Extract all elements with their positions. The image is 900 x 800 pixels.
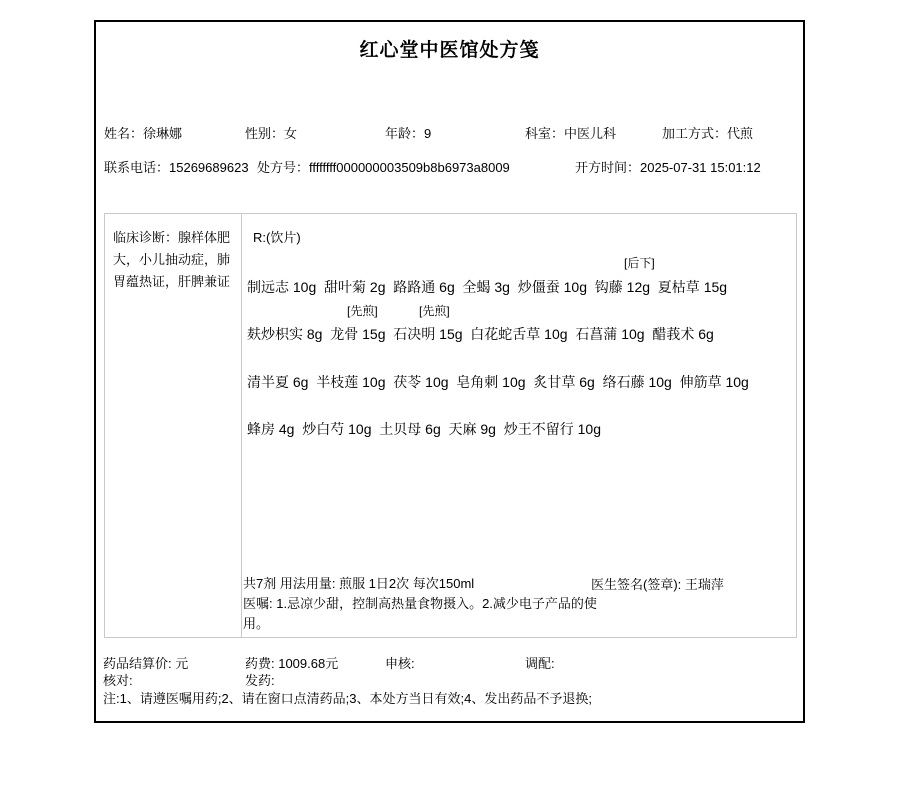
patient-department-field: 科室：中医儿科 [525, 123, 616, 142]
page-title: 红心堂中医馆处方笺 [96, 35, 803, 62]
issue-time-value: 2025-07-31 15:01:12 [640, 160, 761, 175]
processing-method-value: 代煎 [727, 126, 753, 141]
decoction-note-xianjian-1: [先煎] [347, 302, 378, 319]
patient-age-label: 年龄： [385, 126, 424, 141]
prescription-box: 临床诊断：腺样体肥大，小儿抽动症，肺胃蕴热证，肝脾兼证 R:(饮片) [后下] … [104, 213, 797, 638]
patient-age-field: 年龄：9 [385, 123, 431, 142]
patient-name-label: 姓名： [104, 126, 143, 141]
patient-phone-value: 15269689623 [169, 160, 249, 175]
rx-header: R:(饮片) [253, 227, 301, 246]
herb-line-3: 清半夏 6g 半枝莲 10g 茯苓 10g 皂角刺 10g 炙甘草 6g 络石藤… [247, 372, 749, 392]
diagnosis-text: 临床诊断：腺样体肥大，小儿抽动症，肺胃蕴热证，肝脾兼证 [113, 227, 237, 293]
herb-line-4: 蜂房 4g 炒白芍 10g 土贝母 6g 天麻 9g 炒王不留行 10g [247, 419, 601, 439]
rx-number-label: 处方号： [257, 160, 309, 175]
prescription-sheet: 红心堂中医馆处方笺 姓名：徐琳娜 性别：女 年龄：9 科室：中医儿科 加工方式：… [94, 20, 805, 723]
patient-department-value: 中医儿科 [564, 126, 616, 141]
decoction-note-xianjian-2: [先煎] [419, 302, 450, 319]
patient-phone-label: 联系电话： [104, 160, 169, 175]
prepare-field: 调配: [525, 653, 555, 672]
patient-department-label: 科室： [525, 126, 564, 141]
decoction-note-houxia: [后下] [624, 254, 655, 271]
patient-phone-field: 联系电话：15269689623 [104, 157, 249, 176]
rx-number-value: ffffffff000000003509b8b6973a8009 [309, 160, 510, 175]
doctor-advice: 医嘱: 1.忌凉少甜，控制高热量食物摄入。2.减少电子产品的使用。 [243, 594, 611, 634]
doctor-signature: 医生签名(签章): 王瑞萍 [591, 574, 724, 593]
rx-number-field: 处方号：ffffffff000000003509b8b6973a8009 [257, 157, 510, 176]
herb-line-1: 制远志 10g 甜叶菊 2g 路路通 6g 全蝎 3g 炒僵蚕 10g 钩藤 1… [247, 277, 727, 297]
processing-method-field: 加工方式：代煎 [662, 123, 753, 142]
patient-gender-field: 性别：女 [245, 123, 297, 142]
usage-summary: 共7剂 用法用量: 煎服 1日2次 每次150ml [243, 574, 611, 594]
processing-method-label: 加工方式： [662, 126, 727, 141]
diagnosis-label: 临床诊断： [113, 230, 178, 245]
review-field: 申核: [385, 653, 415, 672]
usage-block: 共7剂 用法用量: 煎服 1日2次 每次150ml 医嘱: 1.忌凉少甜，控制高… [243, 574, 611, 634]
issue-time-field: 开方时间：2025-07-31 15:01:12 [575, 157, 761, 176]
patient-age-value: 9 [424, 126, 431, 141]
patient-gender-value: 女 [284, 126, 297, 141]
patient-name-value: 徐琳娜 [143, 126, 182, 141]
dispense-field: 发药: [245, 670, 275, 689]
check-field: 核对: [103, 670, 133, 689]
herb-line-2: 麸炒枳实 8g 龙骨 15g 石决明 15g 白花蛇舌草 10g 石菖蒲 10g… [247, 324, 714, 344]
patient-name-field: 姓名：徐琳娜 [104, 123, 182, 142]
footer-note: 注:1、请遵医嘱用药;2、请在窗口点清药品;3、本处方当日有效;4、发出药品不予… [103, 688, 592, 707]
issue-time-label: 开方时间： [575, 160, 640, 175]
patient-gender-label: 性别： [245, 126, 284, 141]
cell-divider [241, 214, 242, 637]
